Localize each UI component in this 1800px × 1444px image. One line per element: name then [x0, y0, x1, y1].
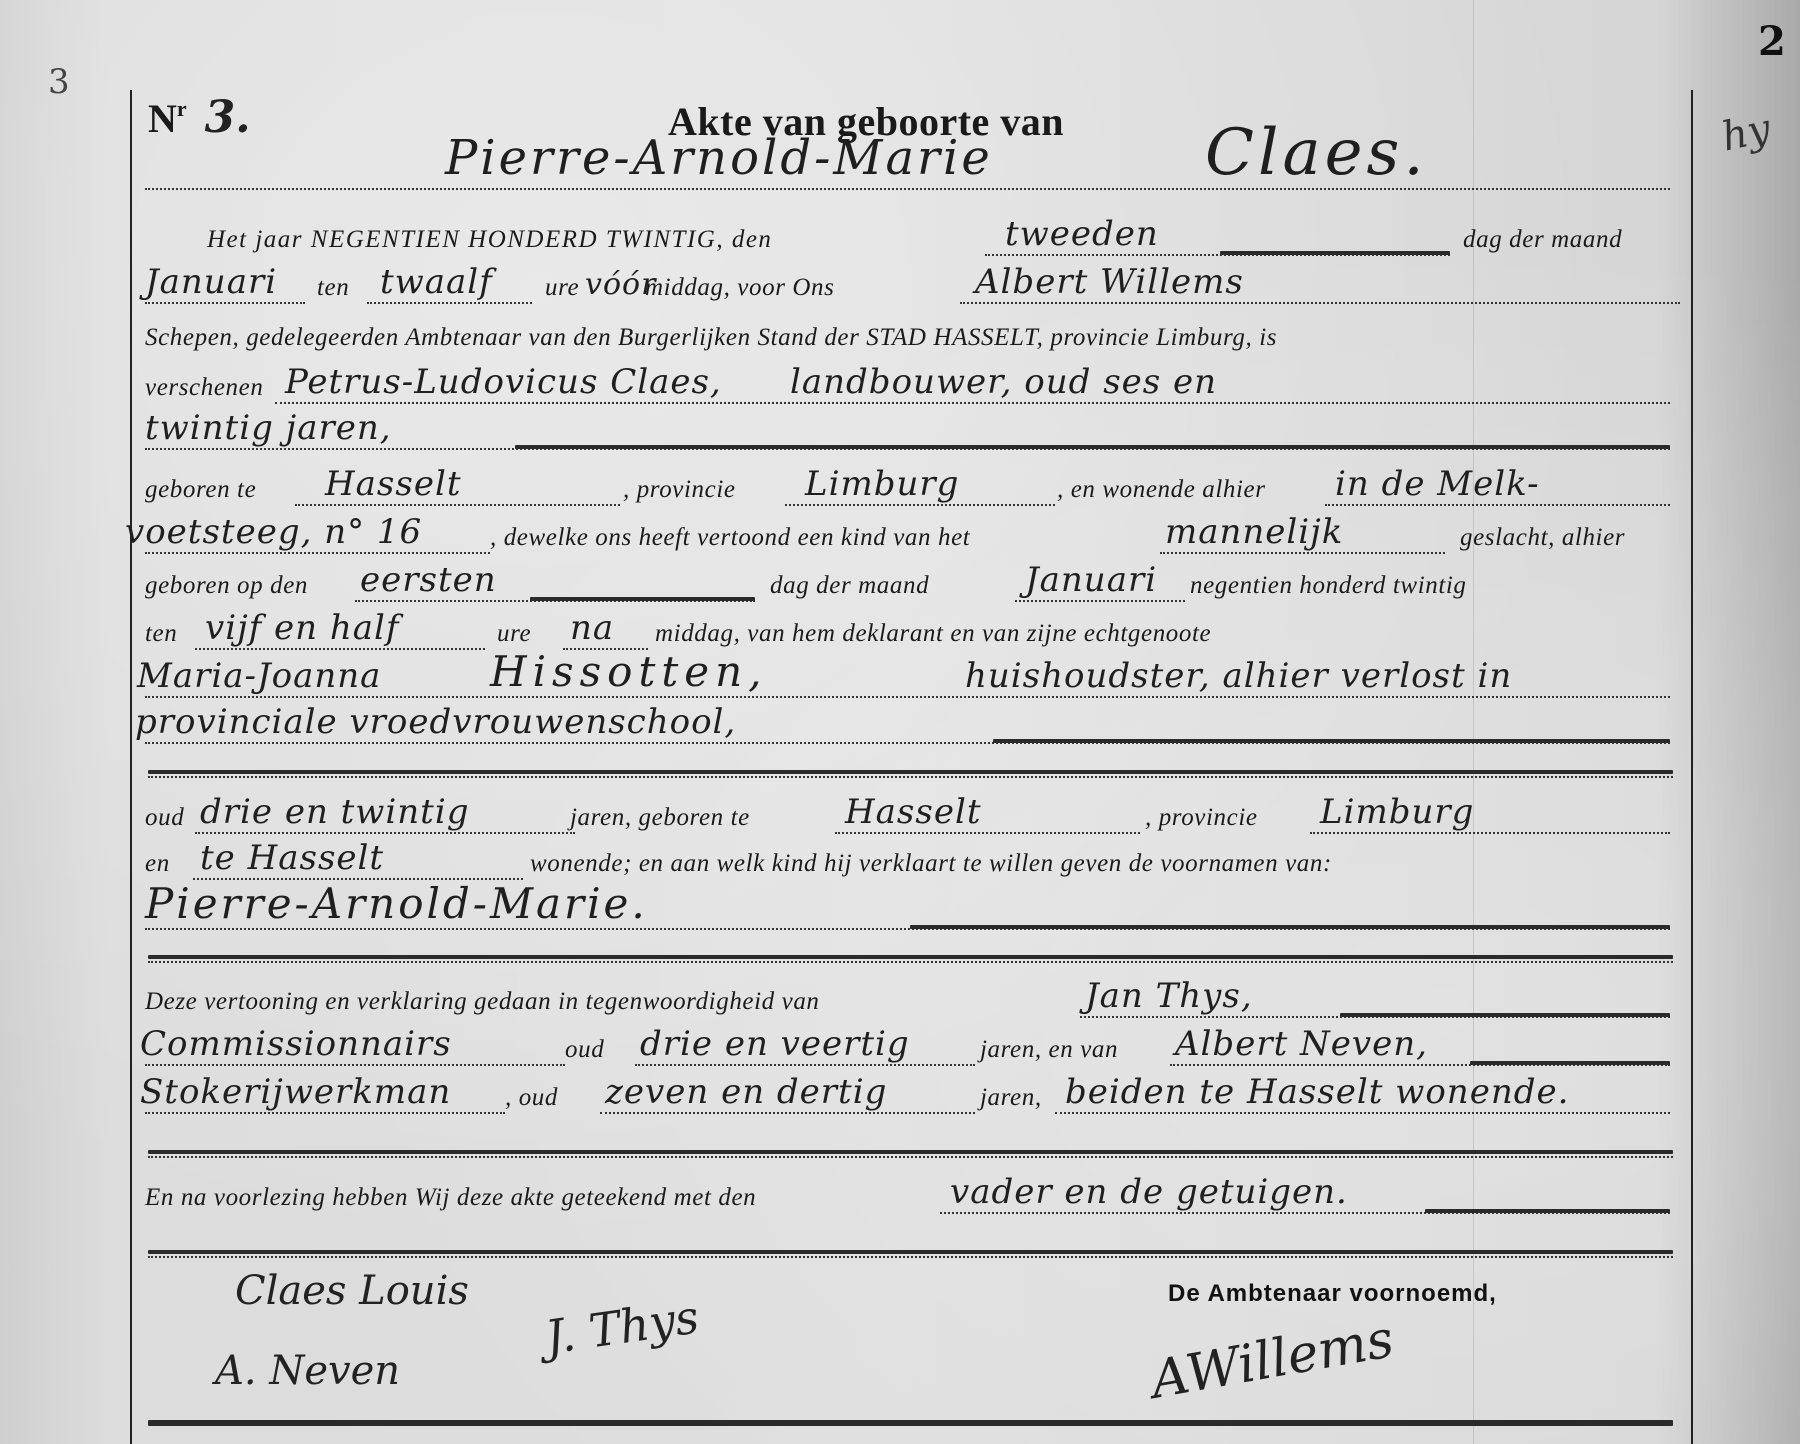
dotted-line [145, 1112, 505, 1114]
body-line-12: oud drie en twintig jaren, geboren te Ha… [145, 788, 1680, 838]
hand-birth-location: provinciale vroedvrouwenschool, [135, 702, 736, 742]
hand-street-number: voetsteeg, n° 16 [125, 512, 422, 552]
hand-witness2-name: Albert Neven, [1175, 1024, 1428, 1064]
filler-line [515, 445, 1670, 449]
filler-line [1220, 251, 1450, 255]
filler-line [1425, 1209, 1670, 1213]
body-line-7: voetsteeg, n° 16 , dewelke ons heeft ver… [145, 508, 1680, 558]
hand-witnesses-residence: beiden te Hasselt wonende. [1065, 1072, 1569, 1112]
dotted-line [785, 504, 1055, 506]
dotted-line [145, 302, 305, 304]
filler-line [1340, 1013, 1670, 1017]
margin-record-number: 3 [48, 62, 70, 102]
dotted-line [145, 1064, 565, 1066]
hand-father-name: Petrus-Ludovicus Claes, [285, 362, 722, 402]
printed-text: dag der maand [1463, 226, 1622, 254]
printed-text: Schepen, gedelegeerden Ambtenaar van den… [145, 324, 1277, 352]
printed-text: middag, van hem deklarant en van zijne e… [655, 620, 1211, 648]
signature-officer: AWillems [1147, 1309, 1398, 1411]
dotted-line [148, 1256, 1673, 1258]
section-separator [148, 1250, 1673, 1254]
section-separator [148, 955, 1673, 959]
filler-line [1470, 1061, 1670, 1065]
child-name-line: Pierre-Arnold-Marie Claes. [145, 142, 1680, 192]
hand-street: in de Melk- [1335, 464, 1540, 504]
frame-right-border [1691, 90, 1693, 1444]
body-line-11: provinciale vroedvrouwenschool, [145, 698, 1680, 748]
body-line-3: Schepen, gedelegeerden Ambtenaar van den… [145, 308, 1680, 358]
frame-left-border [130, 90, 132, 1444]
nr-value: 3. [205, 92, 251, 143]
body-line-16: Commissionnairs oud drie en veertig jare… [145, 1020, 1680, 1070]
body-line-5: twintig jaren, [145, 404, 1680, 454]
body-line-8: geboren op den eersten dag der maand Jan… [145, 556, 1680, 606]
dotted-line [145, 188, 1670, 190]
hand-birth-day: eersten [360, 560, 497, 600]
dotted-line [1055, 1112, 1670, 1114]
printed-text: oud [565, 1036, 604, 1064]
printed-text: geslacht, alhier [1460, 524, 1625, 552]
hand-child-given-names: Pierre-Arnold-Marie. [145, 879, 648, 928]
dotted-line [1325, 504, 1670, 506]
nr-label: N [148, 96, 177, 141]
printed-text: ure [545, 274, 579, 302]
dotted-line [367, 302, 532, 304]
hand-father-details: landbouwer, oud ses en [790, 362, 1217, 402]
printed-text: ten [317, 274, 349, 302]
filler-line [910, 925, 1670, 929]
dotted-line [148, 1156, 1673, 1158]
signature-witness1: J. Thys [542, 1290, 702, 1365]
dotted-line [295, 504, 620, 506]
hand-hour: twaalf [380, 262, 493, 302]
body-line-10: Maria-Joanna Hissotten, huishoudster, al… [145, 652, 1680, 702]
dotted-line [635, 1064, 975, 1066]
hand-birth-time: vijf en half [205, 608, 399, 648]
hand-witness1-age: drie en veertig [640, 1024, 910, 1064]
printed-text: negentien honderd twintig [1190, 572, 1467, 600]
hand-mother-province: Limburg [1320, 792, 1474, 832]
signature-witness2: A. Neven [215, 1348, 400, 1394]
dotted-line [600, 1112, 975, 1114]
child-surname: Claes. [1205, 116, 1428, 190]
section-separator [148, 770, 1673, 774]
printed-text: , oud [505, 1084, 558, 1112]
body-line-15: Deze vertooning en verklaring gedaan in … [145, 972, 1680, 1022]
hand-child-sex: mannelijk [1165, 512, 1343, 552]
printed-text: verschenen [145, 374, 263, 402]
page-number: 2 [1758, 18, 1786, 65]
printed-text: , en wonende alhier [1057, 476, 1266, 504]
hand-mother-given-names: Maria-Joanna [137, 656, 381, 696]
body-line-18: En na voorlezing hebben Wij deze akte ge… [145, 1168, 1680, 1218]
body-line-4: verschenen Petrus-Ludovicus Claes, landb… [145, 358, 1680, 408]
hand-month: Januari [145, 262, 277, 302]
body-line-13: en te Hasselt wonende; en aan welk kind … [145, 834, 1680, 884]
signature-father: Claes Louis [235, 1268, 469, 1314]
printed-text: middag, voor Ons [645, 274, 834, 302]
hand-signatories: vader en de getuigen. [950, 1172, 1348, 1212]
printed-text: , provincie [1145, 804, 1258, 832]
body-line-14: Pierre-Arnold-Marie. [145, 884, 1680, 934]
dotted-line [960, 302, 1680, 304]
printed-text: Deze vertooning en verklaring gedaan in … [145, 988, 820, 1016]
body-line-6: geboren te Hasselt , provincie Limburg ,… [145, 460, 1680, 510]
hand-witness2-occupation: Stokerijwerkman [140, 1072, 451, 1112]
hand-father-age: twintig jaren, [145, 408, 392, 448]
body-line-9: ten vijf en half ure na middag, van hem … [145, 604, 1680, 654]
section-separator [148, 1150, 1673, 1154]
printed-text: jaren, [980, 1084, 1042, 1112]
margin-initials: hy [1718, 105, 1775, 160]
hand-parents-residence: te Hasselt [200, 838, 384, 878]
hand-mother-surname: Hissotten, [490, 647, 767, 696]
body-line-2: Januari ten twaalf ure vóór middag, voor… [145, 258, 1680, 308]
hand-mother-birthplace: Hasselt [845, 792, 981, 832]
bottom-separator [148, 1420, 1673, 1426]
printed-text: jaren, geboren te [570, 804, 750, 832]
printed-text: oud [145, 804, 184, 832]
hand-birth-month: Januari [1025, 560, 1157, 600]
printed-text: ure [497, 620, 531, 648]
printed-text: Het jaar NEGENTIEN HONDERD TWINTIG, den [207, 226, 772, 254]
dotted-line [195, 648, 485, 650]
officer-label: De Ambtenaar voornoemd, [1168, 1280, 1497, 1308]
record-number: Nr3. [148, 92, 251, 143]
hand-mother-details: huishoudster, alhier verlost in [965, 656, 1512, 696]
hand-witness2-age: zeven en dertig [605, 1072, 887, 1112]
printed-text: dag der maand [770, 572, 929, 600]
printed-text: , dewelke ons heeft vertoond een kind va… [490, 524, 970, 552]
dotted-line [1160, 552, 1445, 554]
hand-father-birthplace: Hasselt [325, 464, 461, 504]
hand-father-province: Limburg [805, 464, 959, 504]
hand-na: na [570, 608, 614, 648]
printed-text: en [145, 850, 170, 878]
hand-witness1-occupation: Commissionnairs [140, 1024, 452, 1064]
dotted-line [1015, 600, 1185, 602]
printed-text: jaren, en van [980, 1036, 1118, 1064]
dotted-line [145, 552, 490, 554]
printed-text: geboren te [145, 476, 256, 504]
body-line-1: Het jaar NEGENTIEN HONDERD TWINTIG, den … [145, 210, 1680, 260]
dotted-line [148, 961, 1673, 963]
hand-day-of-declaration: tweeden [1005, 214, 1159, 254]
body-line-17: Stokerijwerkman , oud zeven en dertig ja… [145, 1068, 1680, 1118]
dotted-line [148, 776, 1673, 778]
filler-line [993, 739, 1670, 743]
hand-mother-age: drie en twintig [200, 792, 470, 832]
child-given-names: Pierre-Arnold-Marie [445, 130, 993, 186]
hand-witness1-name: Jan Thys, [1085, 976, 1253, 1016]
printed-text: En na voorlezing hebben Wij deze akte ge… [145, 1184, 756, 1212]
hand-officer-name: Albert Willems [975, 262, 1244, 302]
printed-text: ten [145, 620, 177, 648]
printed-text: , provincie [623, 476, 736, 504]
printed-text: wonende; en aan welk kind hij verklaart … [530, 850, 1332, 878]
nr-sup: r [177, 96, 187, 121]
filler-line [530, 597, 755, 601]
printed-text: geboren op den [145, 572, 308, 600]
